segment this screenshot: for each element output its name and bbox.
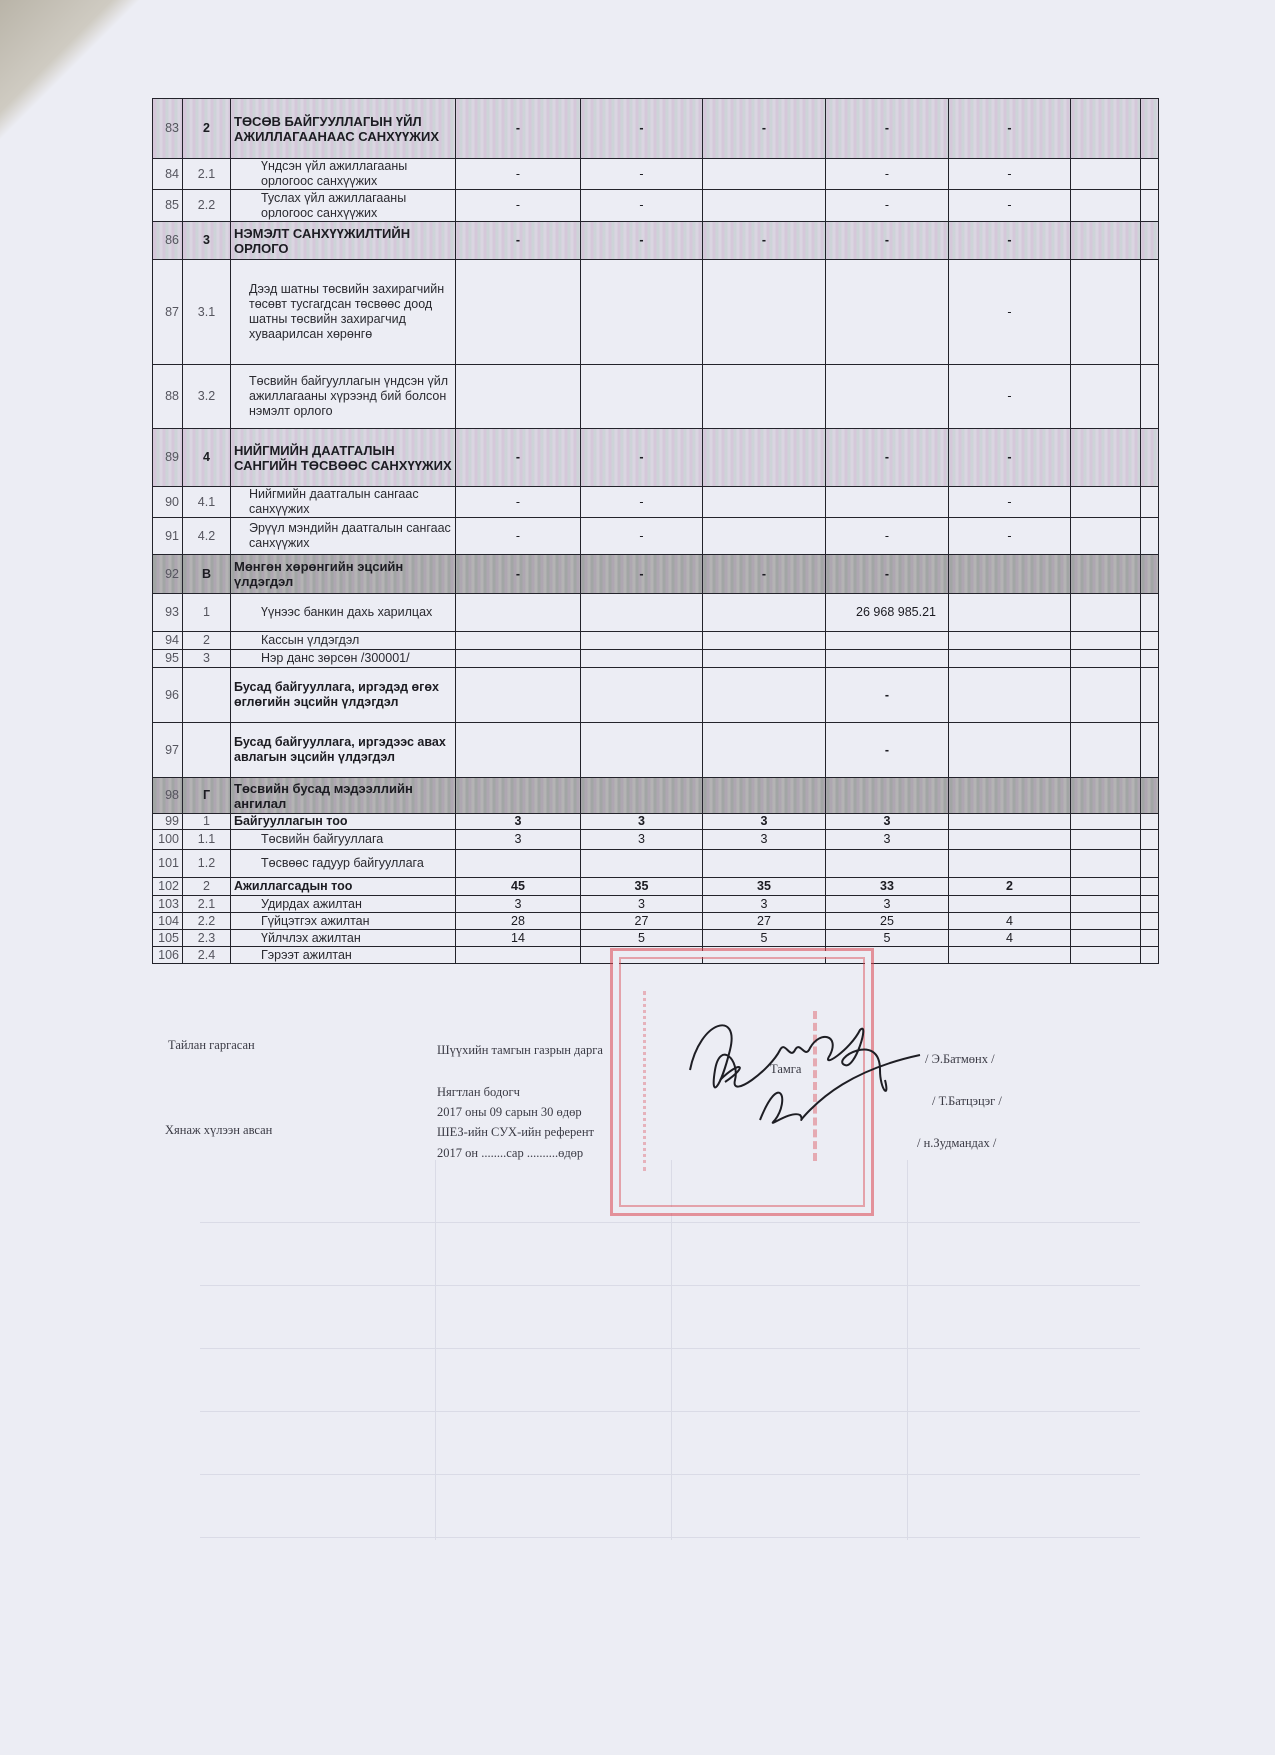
value-cell [581, 723, 703, 778]
row-code: 2.4 [183, 947, 231, 964]
value-cell [1071, 650, 1141, 668]
signer3-date: 2017 он ........сар ..........өдөр [437, 1146, 583, 1161]
row-code: 4 [183, 429, 231, 487]
value-cell [1141, 190, 1159, 222]
value-cell: 3 [826, 814, 949, 830]
value-cell: - [581, 222, 703, 260]
value-cell [1141, 159, 1159, 190]
value-cell [1141, 487, 1159, 518]
row-code: 4.1 [183, 487, 231, 518]
value-cell [1141, 429, 1159, 487]
value-cell: 5 [581, 930, 703, 947]
row-number: 101 [153, 850, 183, 878]
value-cell: - [826, 429, 949, 487]
value-cell: 3 [456, 814, 581, 830]
value-cell: - [826, 99, 949, 159]
row-label: Кассын үлдэгдэл [231, 632, 456, 650]
value-cell [456, 632, 581, 650]
stamp-label: Тамга [770, 1062, 801, 1077]
row-label: НИЙГМИЙН ДААТГАЛЫН САНГИЙН ТӨСВӨӨС САНХҮ… [231, 429, 456, 487]
value-cell: 5 [826, 930, 949, 947]
row-number: 83 [153, 99, 183, 159]
row-code: 2.2 [183, 190, 231, 222]
value-cell: 27 [703, 913, 826, 930]
value-cell [1071, 878, 1141, 896]
value-cell [703, 429, 826, 487]
table-row: 96Бусад байгууллага, иргэдэд өгөх өглөги… [153, 668, 1159, 723]
row-label: Дээд шатны төсвийн захирагчийн төсөвт ту… [231, 260, 456, 365]
value-cell: - [456, 222, 581, 260]
value-cell [949, 650, 1071, 668]
value-cell [826, 365, 949, 429]
value-cell [456, 723, 581, 778]
row-label: Үндсэн үйл ажиллагааны орлогоос санхүүжи… [231, 159, 456, 190]
row-number: 105 [153, 930, 183, 947]
value-cell [949, 896, 1071, 913]
value-cell [1141, 518, 1159, 555]
value-cell [581, 365, 703, 429]
row-label: Нэр данс зөрсөн /300001/ [231, 650, 456, 668]
value-cell: - [703, 99, 826, 159]
row-number: 87 [153, 260, 183, 365]
row-label: Гэрээт ажилтан [231, 947, 456, 964]
value-cell: - [581, 518, 703, 555]
value-cell [1141, 830, 1159, 850]
value-cell [826, 650, 949, 668]
value-cell [1071, 260, 1141, 365]
row-label: Үйлчлэх ажилтан [231, 930, 456, 947]
table-row: 1052.3Үйлчлэх ажилтан145554 [153, 930, 1159, 947]
value-cell: - [949, 365, 1071, 429]
value-cell [1071, 930, 1141, 947]
value-cell: - [826, 668, 949, 723]
row-number: 100 [153, 830, 183, 850]
value-cell: 3 [703, 814, 826, 830]
value-cell: - [826, 555, 949, 594]
row-code: 2 [183, 878, 231, 896]
row-code: 3 [183, 222, 231, 260]
value-cell [703, 260, 826, 365]
value-cell: 3 [703, 896, 826, 913]
value-cell [1141, 632, 1159, 650]
value-cell [1141, 930, 1159, 947]
value-cell [1141, 947, 1159, 964]
value-cell [581, 778, 703, 814]
signer3-name: / н.Зудмандах / [917, 1136, 996, 1151]
value-cell [1071, 99, 1141, 159]
value-cell: - [949, 260, 1071, 365]
value-cell [581, 260, 703, 365]
row-code [183, 723, 231, 778]
value-cell [703, 723, 826, 778]
row-label: Гүйцэтгэх ажилтан [231, 913, 456, 930]
value-cell [1071, 896, 1141, 913]
value-cell [949, 594, 1071, 632]
table-row: 1022Ажиллагсадын тоо453535332 [153, 878, 1159, 896]
row-label: Нийгмийн даатгалын сангаас санхүүжих [231, 487, 456, 518]
value-cell [1071, 365, 1141, 429]
value-cell [581, 594, 703, 632]
value-cell [1071, 850, 1141, 878]
value-cell: - [456, 555, 581, 594]
value-cell [1071, 190, 1141, 222]
table-row: 1001.1Төсвийн байгууллага3333 [153, 830, 1159, 850]
value-cell [1141, 365, 1159, 429]
value-cell [949, 814, 1071, 830]
row-label: Төсвөөс гадуур байгууллага [231, 850, 456, 878]
table-row: 832ТӨСӨВ БАЙГУУЛЛАГЫН ҮЙЛ АЖИЛЛАГААНААС … [153, 99, 1159, 159]
row-number: 98 [153, 778, 183, 814]
table-row: 883.2Төсвийн байгууллагын үндсэн үйл ажи… [153, 365, 1159, 429]
table-row: 92ВМөнгөн хөрөнгийн эцсийн үлдэгдэл---- [153, 555, 1159, 594]
row-label: НЭМЭЛТ САНХҮҮЖИЛТИЙН ОРЛОГО [231, 222, 456, 260]
value-cell: - [949, 487, 1071, 518]
value-cell: - [581, 190, 703, 222]
row-label: Үүнээс банкин дахь харилцах [231, 594, 456, 632]
row-code: 3 [183, 650, 231, 668]
row-code: 2.1 [183, 159, 231, 190]
value-cell [1071, 632, 1141, 650]
value-cell [456, 668, 581, 723]
row-label: Удирдах ажилтан [231, 896, 456, 913]
value-cell [949, 668, 1071, 723]
signer2-date: 2017 оны 09 сарын 30 өдөр [437, 1105, 582, 1120]
signature-mark [680, 1010, 940, 1160]
value-cell: 3 [826, 830, 949, 850]
row-code: 1.1 [183, 830, 231, 850]
value-cell [1141, 778, 1159, 814]
value-cell: - [826, 518, 949, 555]
value-cell: - [826, 190, 949, 222]
row-code: 2.3 [183, 930, 231, 947]
row-number: 92 [153, 555, 183, 594]
bleed-through-table [200, 1160, 1140, 1540]
table-row: 1042.2Гүйцэтгэх ажилтан282727254 [153, 913, 1159, 930]
value-cell: - [949, 222, 1071, 260]
value-cell [1071, 222, 1141, 260]
value-cell [456, 947, 581, 964]
row-number: 95 [153, 650, 183, 668]
table-row: 98ГТөсвийн бусад мэдээллийн ангилал [153, 778, 1159, 814]
value-cell [826, 260, 949, 365]
table-row: 863НЭМЭЛТ САНХҮҮЖИЛТИЙН ОРЛОГО----- [153, 222, 1159, 260]
row-code [183, 668, 231, 723]
row-number: 99 [153, 814, 183, 830]
value-cell [1141, 555, 1159, 594]
value-cell [1141, 878, 1159, 896]
value-cell [1141, 594, 1159, 632]
row-code: 1.2 [183, 850, 231, 878]
value-cell [949, 947, 1071, 964]
value-cell: - [581, 487, 703, 518]
value-cell [703, 850, 826, 878]
value-cell [1071, 594, 1141, 632]
value-cell: 4 [949, 913, 1071, 930]
row-code: 2 [183, 632, 231, 650]
row-code: 3.2 [183, 365, 231, 429]
table-row: 1032.1Удирдах ажилтан3333 [153, 896, 1159, 913]
row-number: 85 [153, 190, 183, 222]
row-number: 88 [153, 365, 183, 429]
value-cell [703, 668, 826, 723]
value-cell [1071, 723, 1141, 778]
signer2-title: Нягтлан бодогч [437, 1085, 520, 1100]
row-label: Ажиллагсадын тоо [231, 878, 456, 896]
value-cell: - [581, 555, 703, 594]
row-code: 2.1 [183, 896, 231, 913]
value-cell [949, 830, 1071, 850]
signer1-title: Шүүхийн тамгын газрын дарга [437, 1043, 603, 1058]
value-cell [581, 650, 703, 668]
value-cell [949, 632, 1071, 650]
value-cell [1071, 518, 1141, 555]
value-cell [826, 850, 949, 878]
value-cell: 14 [456, 930, 581, 947]
row-code: Г [183, 778, 231, 814]
value-cell: 3 [581, 830, 703, 850]
row-number: 84 [153, 159, 183, 190]
value-cell: - [456, 518, 581, 555]
value-cell [1141, 850, 1159, 878]
value-cell [456, 365, 581, 429]
received-by-label: Хянаж хүлээн авсан [165, 1123, 272, 1138]
value-cell [826, 778, 949, 814]
value-cell: - [826, 222, 949, 260]
value-cell [1141, 913, 1159, 930]
table-row: 904.1Нийгмийн даатгалын сангаас санхүүжи… [153, 487, 1159, 518]
row-code: 1 [183, 594, 231, 632]
row-label: Төсвийн байгууллагын үндсэн үйл ажиллага… [231, 365, 456, 429]
row-number: 89 [153, 429, 183, 487]
row-label: Бусад байгууллага, иргэдэд өгөх өглөгийн… [231, 668, 456, 723]
prepared-by-label: Тайлан гаргасан [168, 1038, 255, 1053]
value-cell [703, 159, 826, 190]
row-code: В [183, 555, 231, 594]
row-number: 86 [153, 222, 183, 260]
value-cell: 27 [581, 913, 703, 930]
row-label: Эрүүл мэндийн даатгалын сангаас санхүүжи… [231, 518, 456, 555]
row-label: Байгууллагын тоо [231, 814, 456, 830]
row-code: 2.2 [183, 913, 231, 930]
row-number: 103 [153, 896, 183, 913]
row-code: 1 [183, 814, 231, 830]
row-label: ТӨСӨВ БАЙГУУЛЛАГЫН ҮЙЛ АЖИЛЛАГААНААС САН… [231, 99, 456, 159]
value-cell: 4 [949, 930, 1071, 947]
value-cell [1141, 99, 1159, 159]
row-number: 94 [153, 632, 183, 650]
value-cell [1071, 159, 1141, 190]
value-cell: - [456, 99, 581, 159]
value-cell: - [703, 222, 826, 260]
table-row: 852.2Туслах үйл ажиллагааны орлогоос сан… [153, 190, 1159, 222]
value-cell [949, 778, 1071, 814]
value-cell [1141, 814, 1159, 830]
value-cell [826, 632, 949, 650]
value-cell: 3 [581, 814, 703, 830]
value-cell: - [456, 429, 581, 487]
value-cell [1141, 650, 1159, 668]
row-label: Бусад байгууллага, иргэдээс авах авлагын… [231, 723, 456, 778]
value-cell: 28 [456, 913, 581, 930]
value-cell: - [826, 159, 949, 190]
value-cell: 2 [949, 878, 1071, 896]
value-cell: - [949, 429, 1071, 487]
value-cell [581, 632, 703, 650]
table-row: 931Үүнээс банкин дахь харилцах26 968 985… [153, 594, 1159, 632]
value-cell [826, 487, 949, 518]
value-cell: - [456, 190, 581, 222]
value-cell: 26 968 985.21 [826, 594, 949, 632]
row-number: 96 [153, 668, 183, 723]
value-cell [1071, 429, 1141, 487]
table-row: 953Нэр данс зөрсөн /300001/ [153, 650, 1159, 668]
value-cell [456, 260, 581, 365]
table-row: 97Бусад байгууллага, иргэдээс авах авлаг… [153, 723, 1159, 778]
table-row: 942Кассын үлдэгдэл [153, 632, 1159, 650]
row-number: 102 [153, 878, 183, 896]
row-number: 97 [153, 723, 183, 778]
value-cell: 3 [703, 830, 826, 850]
value-cell [949, 723, 1071, 778]
value-cell [1071, 668, 1141, 723]
value-cell [1141, 222, 1159, 260]
value-cell [703, 594, 826, 632]
value-cell [703, 365, 826, 429]
value-cell [703, 518, 826, 555]
value-cell [703, 632, 826, 650]
value-cell [1141, 668, 1159, 723]
table-row: 842.1Үндсэн үйл ажиллагааны орлогоос сан… [153, 159, 1159, 190]
value-cell [1071, 830, 1141, 850]
value-cell [949, 850, 1071, 878]
value-cell [703, 778, 826, 814]
value-cell: 3 [456, 896, 581, 913]
value-cell [581, 668, 703, 723]
value-cell [1071, 814, 1141, 830]
row-label: Төсвийн байгууллага [231, 830, 456, 850]
scan-corner-shadow [0, 0, 140, 140]
value-cell: 33 [826, 878, 949, 896]
value-cell [1071, 947, 1141, 964]
value-cell [456, 594, 581, 632]
value-cell [1141, 260, 1159, 365]
value-cell: 45 [456, 878, 581, 896]
value-cell [1071, 778, 1141, 814]
value-cell: 3 [456, 830, 581, 850]
row-code: 3.1 [183, 260, 231, 365]
table-row: 894НИЙГМИЙН ДААТГАЛЫН САНГИЙН ТӨСВӨӨС СА… [153, 429, 1159, 487]
value-cell: - [581, 99, 703, 159]
value-cell: - [581, 159, 703, 190]
signer1-name: / Э.Батмөнх / [925, 1052, 995, 1067]
row-number: 93 [153, 594, 183, 632]
budget-report-table: 832ТӨСӨВ БАЙГУУЛЛАГЫН ҮЙЛ АЖИЛЛАГААНААС … [152, 98, 1159, 964]
table-row: 914.2Эрүүл мэндийн даатгалын сангаас сан… [153, 518, 1159, 555]
value-cell [703, 190, 826, 222]
table-row: 873.1Дээд шатны төсвийн захирагчийн төсө… [153, 260, 1159, 365]
value-cell [456, 650, 581, 668]
value-cell: - [949, 518, 1071, 555]
row-label: Туслах үйл ажиллагааны орлогоос санхүүжи… [231, 190, 456, 222]
value-cell: - [581, 429, 703, 487]
value-cell [1141, 723, 1159, 778]
signer3-title: ШЕЗ-ийн СУХ-ийн референт [437, 1125, 594, 1140]
value-cell: 3 [826, 896, 949, 913]
value-cell [581, 850, 703, 878]
value-cell: 25 [826, 913, 949, 930]
row-number: 104 [153, 913, 183, 930]
value-cell [1141, 896, 1159, 913]
value-cell: - [826, 723, 949, 778]
value-cell [456, 778, 581, 814]
value-cell [703, 650, 826, 668]
table-row: 991Байгууллагын тоо3333 [153, 814, 1159, 830]
value-cell: - [949, 159, 1071, 190]
value-cell [456, 850, 581, 878]
value-cell: 35 [703, 878, 826, 896]
value-cell: - [456, 159, 581, 190]
value-cell: 3 [581, 896, 703, 913]
row-number: 90 [153, 487, 183, 518]
value-cell [1071, 913, 1141, 930]
signer2-name: / Т.Батцэцэг / [932, 1094, 1002, 1109]
row-code: 2 [183, 99, 231, 159]
row-number: 91 [153, 518, 183, 555]
value-cell: - [456, 487, 581, 518]
row-label: Мөнгөн хөрөнгийн эцсийн үлдэгдэл [231, 555, 456, 594]
value-cell [1071, 555, 1141, 594]
value-cell [703, 487, 826, 518]
table-row: 1011.2Төсвөөс гадуур байгууллага [153, 850, 1159, 878]
value-cell: - [949, 99, 1071, 159]
row-label: Төсвийн бусад мэдээллийн ангилал [231, 778, 456, 814]
value-cell [1071, 487, 1141, 518]
value-cell: - [703, 555, 826, 594]
row-number: 106 [153, 947, 183, 964]
value-cell: 5 [703, 930, 826, 947]
row-code: 4.2 [183, 518, 231, 555]
value-cell: 35 [581, 878, 703, 896]
value-cell: - [949, 190, 1071, 222]
value-cell [949, 555, 1071, 594]
